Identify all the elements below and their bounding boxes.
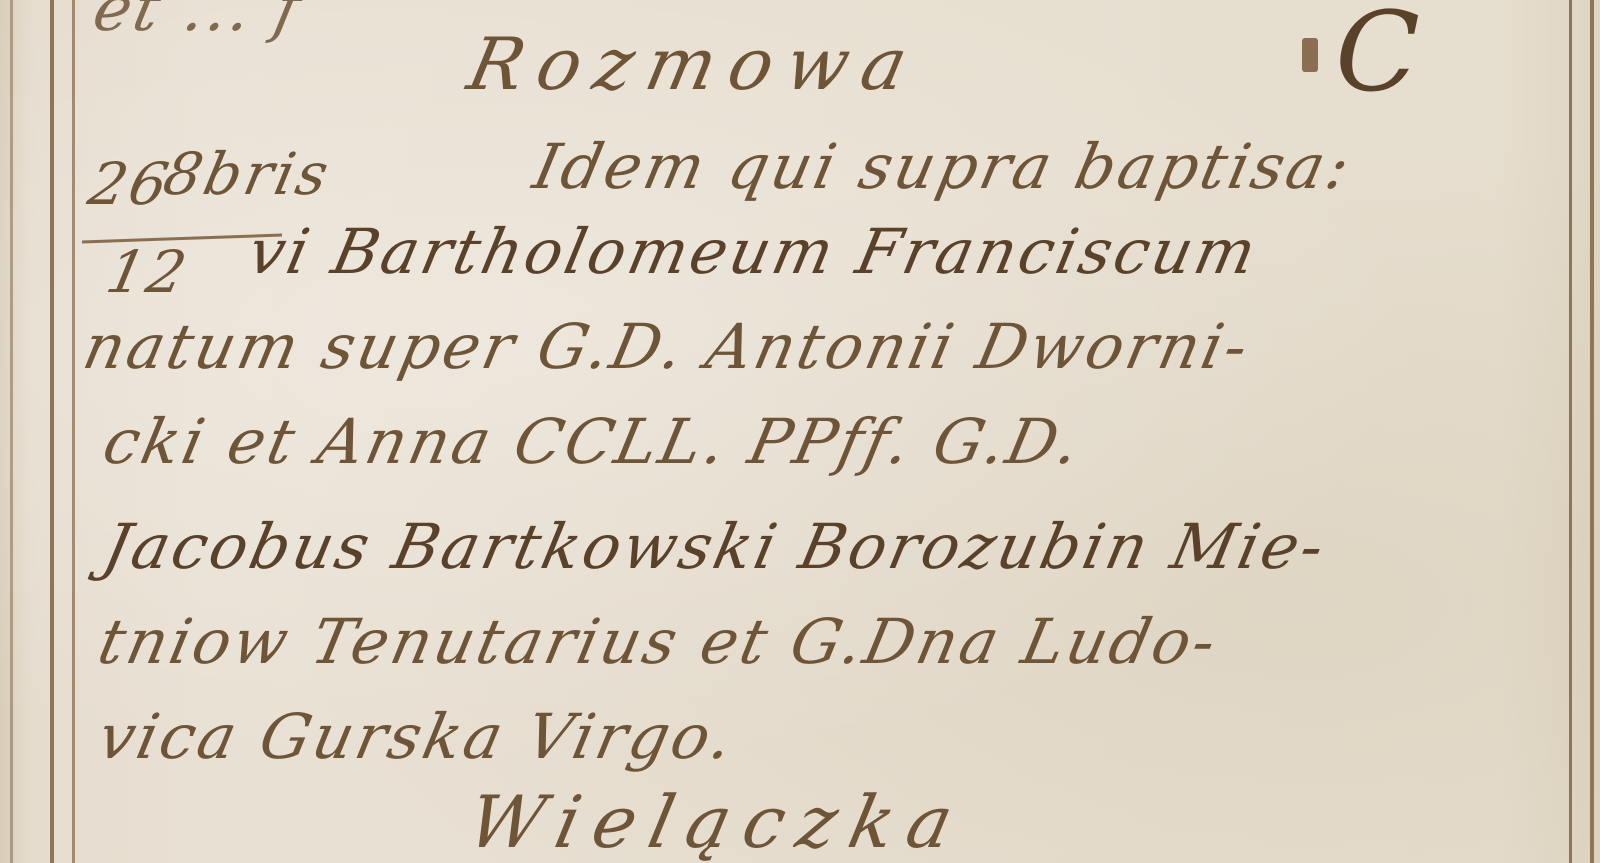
entry-line-2: vi Bartholomeum Franciscum — [242, 215, 1265, 288]
entry-line-6: tniow Tenutarius et G.Dna Ludo- — [92, 605, 1225, 678]
entry-line-3: natum super G.D. Antonii Dworni- — [77, 310, 1257, 383]
margin-month: 8bris — [158, 140, 338, 208]
entry-line-5: Jacobus Bartkowski Borozubin Mie- — [97, 510, 1333, 583]
right-margin-rule-inner — [1569, 0, 1572, 863]
heading-mark-c: C — [1321, 0, 1435, 116]
next-entry-heading: Wielączka — [461, 780, 974, 863]
manuscript-page: et ... f Rozmowa C 26 8bris 12 Idem qui … — [0, 0, 1600, 863]
left-margin-rule-inner — [72, 0, 75, 863]
ink-blot — [1302, 38, 1318, 72]
entry-heading-surname: Rozmowa — [461, 22, 929, 106]
right-margin-rule-outer — [1590, 0, 1594, 863]
left-binding-line — [10, 0, 13, 863]
entry-line-7: vica Gurska Virgo. — [92, 700, 742, 773]
entry-line-4: cki et Anna CCLL. PPff. G.D. — [97, 405, 1088, 478]
left-margin-rule-outer — [50, 0, 54, 863]
entry-line-1: Idem qui supra baptisa: — [527, 130, 1359, 203]
previous-entry-fragment: et ... f — [87, 0, 310, 45]
margin-number: 12 — [101, 238, 195, 306]
